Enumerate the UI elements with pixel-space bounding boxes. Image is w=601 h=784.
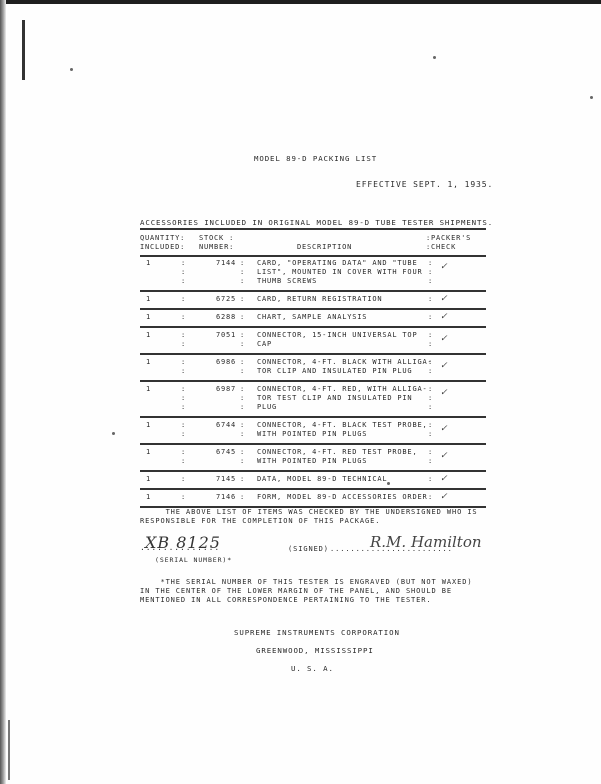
certification-text: THE ABOVE LIST OF ITEMS WAS CHECKED BY T… [140,508,478,526]
scan-speck [70,68,73,71]
quantity-cell: 1 [146,295,151,304]
column-separator: : [181,475,186,484]
scan-speck [433,56,436,59]
quantity-cell: 1 [146,448,151,457]
quantity-cell: 1 [146,313,151,322]
serial-number-label: (SERIAL NUMBER)* [155,556,232,565]
packer-check-mark: ✓ [440,362,448,371]
packer-check-mark: ✓ [440,263,448,272]
row-rule [140,290,486,292]
stock-number-cell: 6986 [202,358,236,367]
packer-check-mark: ✓ [440,452,448,461]
quantity-cell: 1 [146,385,151,394]
column-separator: : : : [428,259,433,286]
scan-artifact [8,720,10,780]
packer-check-mark: ✓ [440,475,448,484]
row-rule [140,416,486,418]
stock-number-cell: 6987 [202,385,236,394]
packer-check-mark: ✓ [440,313,448,322]
description-cell: DATA, MODEL 89-D TECHNICAL [257,475,427,484]
column-separator: : : [181,448,186,466]
column-separator: : : [181,358,186,376]
header-packer-check: :PACKER'S :CHECK [426,234,471,252]
quantity-cell: 1 [146,421,151,430]
description-cell: CONNECTOR, 4-FT. RED TEST PROBE, WITH PO… [257,448,427,466]
signature: R.M. Hamilton [370,533,482,551]
row-rule [140,443,486,445]
column-separator: : [181,313,186,322]
column-separator: : [428,475,433,484]
serial-note: *THE SERIAL NUMBER OF THIS TESTER IS ENG… [140,578,472,605]
quantity-cell: 1 [146,475,151,484]
stock-number-cell: 7145 [202,475,236,484]
header-description: DESCRIPTION [297,243,352,252]
scan-artifact [22,20,25,80]
column-separator: : : [428,331,433,349]
packer-check-mark: ✓ [440,389,448,398]
header-quantity: QUANTITY: INCLUDED: [140,234,185,252]
scan-left-edge [0,0,6,784]
column-separator: : [428,295,433,304]
column-separator: : [181,295,186,304]
rule [140,228,486,230]
scanned-page: MODEL 89-D PACKING LIST EFFECTIVE SEPT. … [0,0,601,784]
scan-top-edge [0,0,601,4]
column-separator: : : [240,331,245,349]
column-separator: : : [428,448,433,466]
column-separator: : [428,313,433,322]
packer-check-mark: ✓ [440,493,448,502]
column-separator: : : [428,421,433,439]
quantity-cell: 1 [146,331,151,340]
column-separator: : : : [240,259,245,286]
document-title: MODEL 89-D PACKING LIST [254,154,377,163]
signed-label: (SIGNED) [288,545,329,554]
stock-number-cell: 7051 [202,331,236,340]
packer-check-mark: ✓ [440,335,448,344]
stock-number-cell: 6744 [202,421,236,430]
row-rule [140,488,486,490]
serial-dots: .............. [140,543,220,552]
header-stock: STOCK : NUMBER: [199,234,234,252]
rule [140,255,486,257]
row-rule [140,308,486,310]
description-cell: CARD, "OPERATING DATA" AND "TUBE LIST", … [257,259,427,286]
table-heading: ACCESSORIES INCLUDED IN ORIGINAL MODEL 8… [140,218,493,227]
column-separator: : : : [181,385,186,412]
column-separator: : : [181,421,186,439]
description-cell: CONNECTOR, 15-INCH UNIVERSAL TOP CAP [257,331,427,349]
column-separator: : : : [181,259,186,286]
description-cell: CONNECTOR, 4-FT. BLACK WITH ALLIGA- TOR … [257,358,427,376]
stock-number-cell: 7144 [202,259,236,268]
row-rule [140,353,486,355]
column-separator: : : [240,358,245,376]
stock-number-cell: 6725 [202,295,236,304]
quantity-cell: 1 [146,259,151,268]
column-separator: : : [240,448,245,466]
column-separator: : : : [240,385,245,412]
effective-date: EFFECTIVE SEPT. 1, 1935. [356,180,493,189]
description-cell: CARD, RETURN REGISTRATION [257,295,427,304]
stock-number-cell: 7146 [202,493,236,502]
description-cell: CHART, SAMPLE ANALYSIS [257,313,427,322]
column-separator: : : [181,331,186,349]
stock-number-cell: 6288 [202,313,236,322]
row-rule [140,326,486,328]
packer-check-mark: ✓ [440,295,448,304]
packer-check-mark: ✓ [440,425,448,434]
stock-number-cell: 6745 [202,448,236,457]
column-separator: : : [428,358,433,376]
quantity-cell: 1 [146,358,151,367]
company-name: SUPREME INSTRUMENTS CORPORATION [234,628,400,637]
description-cell: CONNECTOR, 4-FT. RED, WITH ALLIGA- TOR T… [257,385,427,412]
column-separator: : [181,493,186,502]
column-separator: : [240,493,245,502]
description-cell: CONNECTOR, 4-FT. BLACK TEST PROBE, WITH … [257,421,427,439]
row-rule [140,470,486,472]
column-separator: : : : [428,385,433,412]
column-separator: : [240,295,245,304]
column-separator: : [240,313,245,322]
column-separator: : : [240,421,245,439]
quantity-cell: 1 [146,493,151,502]
column-separator: : [428,493,433,502]
company-country: U. S. A. [291,664,334,673]
description-cell: FORM, MODEL 89-D ACCESSORIES ORDER [257,493,427,502]
scan-speck [590,96,593,99]
column-separator: : [240,475,245,484]
company-city: GREENWOOD, MISSISSIPPI [256,646,374,655]
scan-speck [112,432,115,435]
row-rule [140,380,486,382]
